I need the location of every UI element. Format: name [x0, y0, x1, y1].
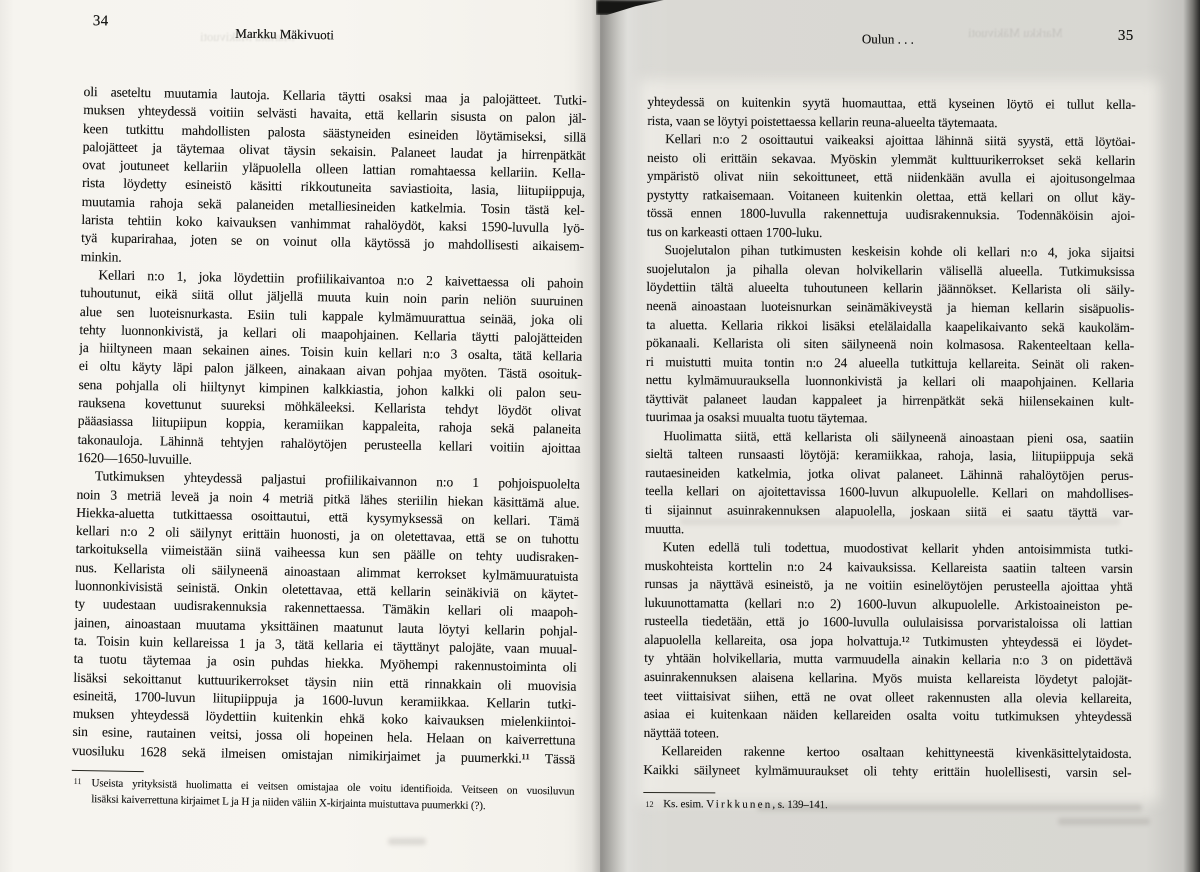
paragraph: oli aseteltu muutamia lautoja. Kellaria …: [81, 83, 587, 275]
text-line: yhteydessä on kuitenkin syytä huomauttaa…: [647, 93, 1135, 115]
footnote-author: Virkkunen: [706, 798, 772, 810]
paragraph: Huolimatta siitä, että kellarista oli sä…: [645, 427, 1134, 541]
text-line: asiaa ei kuitenkaan näiden kellareiden o…: [644, 705, 1132, 727]
footnote-marker: 11: [74, 776, 82, 786]
running-header-right: Oulun . . .: [818, 31, 958, 48]
body-text-left: oli aseteltu muutamia lautoja. Kellaria …: [72, 83, 587, 769]
text-line: Kaikki säilyneet kylmämuuraukset oli teh…: [643, 761, 1131, 783]
paragraph: Suojelutalon pihan tutkimusten keskeisin…: [646, 241, 1135, 429]
text-line: Kellari n:o 2 osoittautui vaikeaksi ajoi…: [647, 130, 1135, 152]
paragraph: Kellari n:o 2 osoittautui vaikeaksi ajoi…: [647, 130, 1136, 244]
text-line: Kuten edellä tuli todettua, muodostivat …: [645, 538, 1133, 560]
paragraph: yhteydessä on kuitenkin syytä huomauttaa…: [647, 93, 1135, 133]
text-line: neenä ainoastaan luoteisnurkan seinämäki…: [646, 297, 1134, 319]
text-line: pökanaali. Kellarista oli siten säilynee…: [646, 334, 1134, 356]
footnote-marker: 12: [645, 799, 653, 809]
text-line: ti sijainnut asuinrakennuksen alapuolell…: [645, 501, 1133, 523]
page-number-left: 34: [93, 13, 109, 30]
text-line: asuinrakennuksen alaisena kellarina. Myö…: [644, 668, 1132, 690]
paragraph: Kuten edellä tuli todettua, muodostivat …: [644, 538, 1133, 745]
page-number-right: 35: [1118, 28, 1134, 45]
paragraph: Tutkimuksen yhteydessä paljastui profiil…: [72, 467, 580, 768]
paragraph: Kellareiden rakenne kertoo osaltaan kehi…: [643, 742, 1131, 782]
body-text-right: yhteydessä on kuitenkin syytä huomauttaa…: [643, 93, 1135, 782]
paragraph: Kellari n:o 1, joka löydettiin profiilik…: [77, 266, 583, 476]
